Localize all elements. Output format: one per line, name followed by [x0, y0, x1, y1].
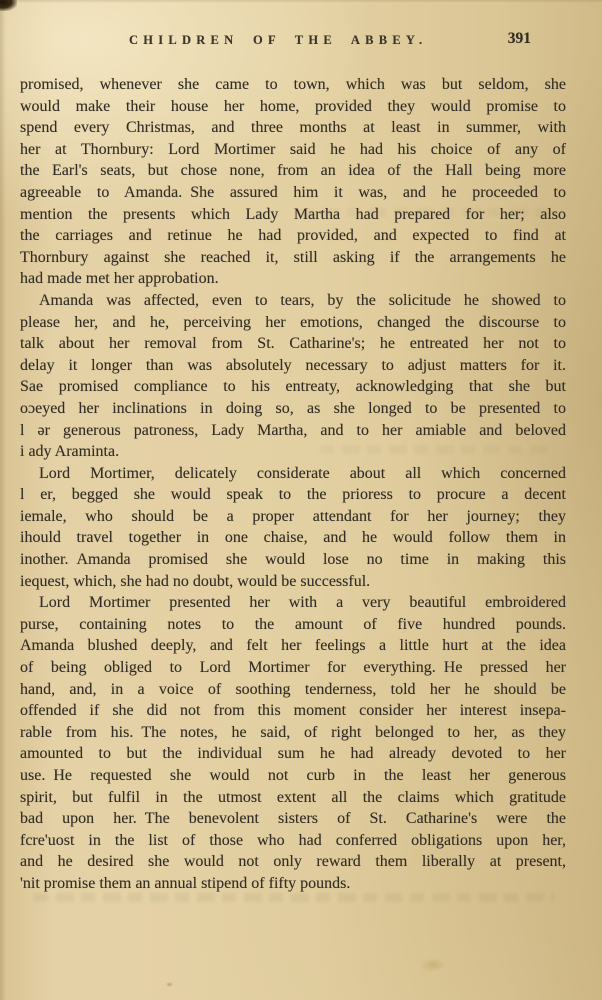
text-line: Amanda blushed deeply, and felt her feel…	[20, 635, 566, 657]
text-line: delay it longer than was absolutely nece…	[20, 355, 566, 377]
left-edge-shadow	[0, 0, 6, 1000]
running-head-title: CHILDREN OF THE ABBEY.	[129, 33, 427, 48]
text-line: her at Thornbury: Lord Mortimer said he …	[20, 139, 566, 161]
corner-ink-mark	[0, 0, 17, 11]
text-line: promised, whenever she came to town, whi…	[20, 74, 566, 96]
page-number: 391	[508, 30, 531, 48]
text-line: Thornbury against she reached it, still …	[20, 247, 566, 269]
paragraph: Lord Mortimer presented her with a very …	[20, 592, 566, 894]
text-line: the Earl's seats, but chose none, from a…	[20, 160, 566, 182]
text-line: agreeable to Amanda. She assured him it …	[20, 182, 566, 204]
text-line: i ady Araminta.	[20, 441, 566, 463]
text-line: l er, begged she would speak to the prio…	[20, 484, 566, 506]
text-line: use. He requested she would not curb in …	[20, 765, 566, 787]
top-edge-shadow	[0, 0, 602, 3]
text-line: oɔeyed her inclinations in doing so, as …	[20, 398, 566, 420]
book-page-scan: { "document": { "header": { "title": "CH…	[0, 0, 602, 1000]
text-line: mention the presents which Lady Martha h…	[20, 204, 566, 226]
paragraph: Amanda was affected, even to tears, by t…	[20, 290, 566, 463]
text-line: ihould travel together in one chaise, an…	[20, 527, 566, 549]
text-line: Lord Mortimer, delicately considerate ab…	[20, 463, 566, 485]
text-line: iemale, who should be a proper attendant…	[20, 506, 566, 528]
text-line: of being obliged to Lord Mortimer for ev…	[20, 657, 566, 679]
paper-speck	[166, 982, 173, 987]
text-line: the carriages and retinue he had provide…	[20, 225, 566, 247]
text-line: offended if she did not from this moment…	[20, 700, 566, 722]
paper-stain	[420, 958, 446, 972]
text-line: talk about her removal from St. Catharin…	[20, 333, 566, 355]
text-line: hand, and, in a voice of soothing tender…	[20, 679, 566, 701]
text-line: inother. Amanda promised she would lose …	[20, 549, 566, 571]
text-line: Amanda was affected, even to tears, by t…	[20, 290, 566, 312]
text-line: spend every Christmas, and three months …	[20, 117, 566, 139]
text-line: iequest, which, she had no doubt, would …	[20, 571, 566, 593]
text-line: and he desired she would not only reward…	[20, 851, 566, 873]
text-line: bad upon her. The benevolent sisters of …	[20, 808, 566, 830]
text-line: spirit, but fulfil in the utmost extent …	[20, 787, 566, 809]
page-body: promised, whenever she came to town, whi…	[20, 74, 566, 895]
text-line: l ər generous patroness, Lady Martha, an…	[20, 420, 566, 442]
text-line: purse, containing notes to the amount of…	[20, 614, 566, 636]
paragraph: Lord Mortimer, delicately considerate ab…	[20, 463, 566, 593]
paragraph: promised, whenever she came to town, whi…	[20, 74, 566, 290]
text-line: Sae promised compliance to his entreaty,…	[20, 376, 566, 398]
text-line: would make their house her home, provide…	[20, 96, 566, 118]
text-line: 'nit promise them an annual stipend of f…	[20, 873, 566, 895]
text-line: had made met her approbation.	[20, 268, 566, 290]
text-line: rable from his. The notes, he said, of r…	[20, 722, 566, 744]
text-line: please her, and he, perceiving her emoti…	[20, 312, 566, 334]
text-line: Lord Mortimer presented her with a very …	[20, 592, 566, 614]
text-line: fcre'uost in the list of those who had c…	[20, 830, 566, 852]
text-line: amounted to but the individual sum he ha…	[20, 743, 566, 765]
